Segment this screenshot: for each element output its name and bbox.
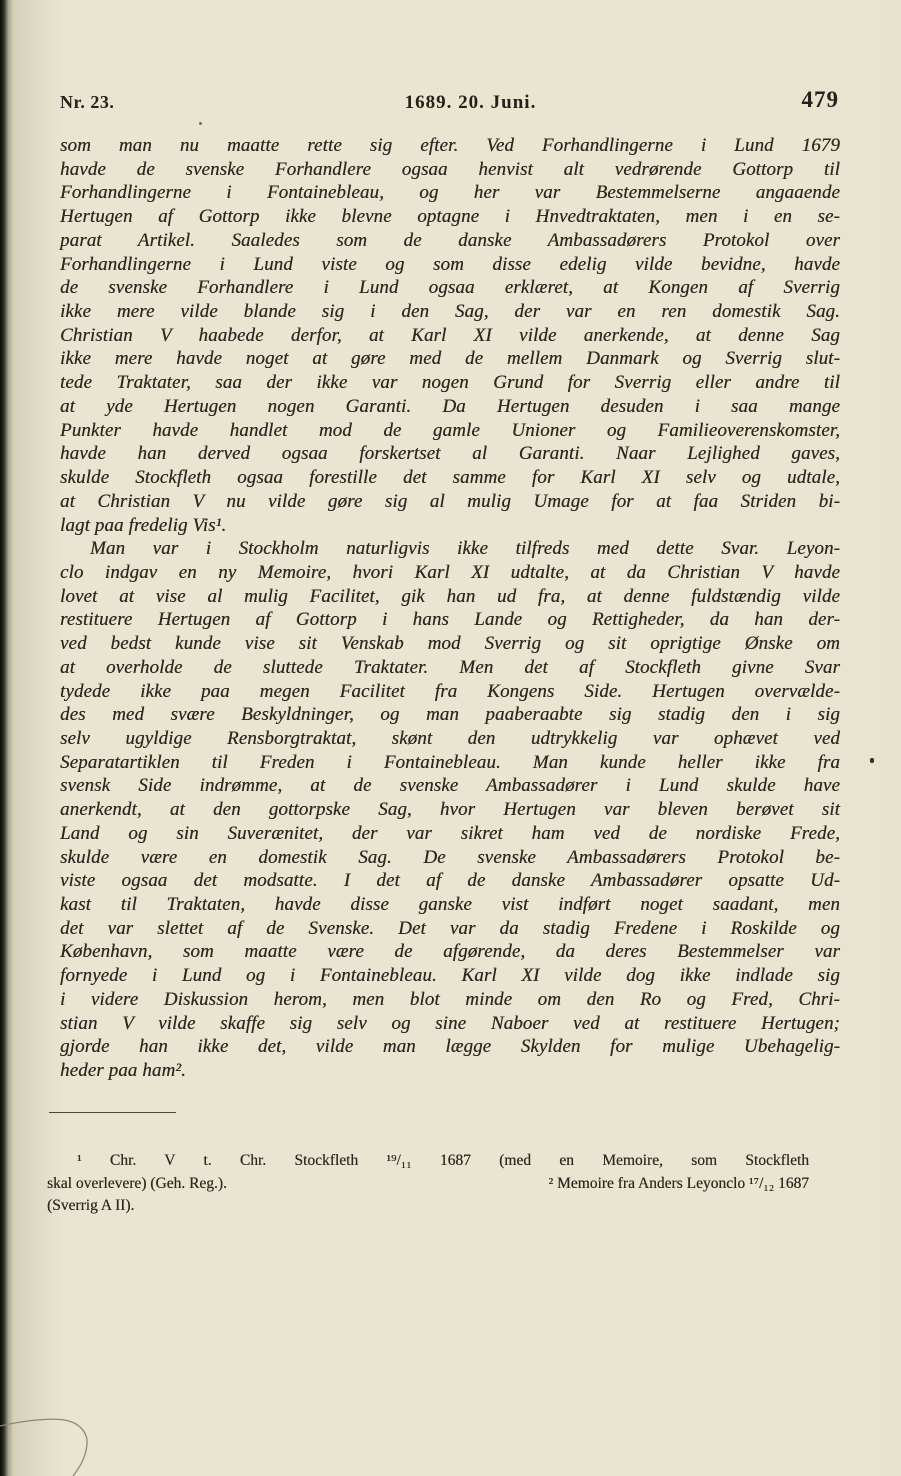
- footnote-2-line-1: ² Memoire fra Anders Leyonclo ¹⁷/₁₂ 1687: [548, 1173, 809, 1196]
- page-number: 479: [802, 87, 840, 113]
- text-line: restituere Hertugen af Gottorp i hans La…: [60, 608, 840, 632]
- text-line: svensk Side indrømme, at de svenske Amba…: [60, 774, 840, 798]
- text-line: havde de svenske Forhandlere ogsaa henvi…: [60, 158, 840, 182]
- text-line: selv ugyldige Rensborgtraktat, skønt den…: [60, 727, 840, 751]
- book-binding-edge: [0, 0, 13, 1476]
- text-line: clo indgav en ny Memoire, hvori Karl XI …: [60, 561, 840, 585]
- text-line: de svenske Forhandlere i Lund ogsaa erkl…: [60, 276, 840, 300]
- scanned-book-page: Nr. 23. 1689. 20. Juni. 479 som man nu m…: [0, 0, 901, 1476]
- text-line: Christian V haabede derfor, at Karl XI v…: [60, 324, 840, 348]
- text-line: stian V vilde skaffe sig selv og sine Na…: [60, 1012, 840, 1036]
- text-line: Land og sin Suverænitet, der var sikret …: [60, 822, 840, 846]
- text-line: parat Artikel. Saaledes som de danske Am…: [60, 229, 840, 253]
- footnote-separator: [49, 1112, 176, 1113]
- paragraph-2: Man var i Stockholm naturligvis ikke til…: [60, 537, 840, 1083]
- gutter-shadow: [10, 0, 65, 1476]
- footnote-1-line-1: ¹ Chr. V t. Chr. Stockfleth ¹⁹/₁₁ 1687 (…: [47, 1150, 809, 1173]
- text-line: som man nu maatte rette sig efter. Ved F…: [60, 134, 840, 158]
- ink-speck: [199, 122, 202, 125]
- text-line: i videre Diskussion herom, men blot mind…: [60, 988, 840, 1012]
- text-line: at Christian V nu vilde gøre sig al muli…: [60, 490, 840, 514]
- footnotes: ¹ Chr. V t. Chr. Stockfleth ¹⁹/₁₁ 1687 (…: [47, 1150, 809, 1218]
- text-line: Punkter havde handlet mod de gamle Union…: [60, 419, 840, 443]
- text-line: det var slettet af de Svenske. Det var d…: [60, 917, 840, 941]
- text-line: heder paa ham².: [60, 1059, 840, 1083]
- text-line: at yde Hertugen nogen Garanti. Da Hertug…: [60, 395, 840, 419]
- text-line: kast til Traktaten, havde disse ganske v…: [60, 893, 840, 917]
- text-line: skulde være en domestik Sag. De svenske …: [60, 846, 840, 870]
- text-line: skulde Stockfleth ogsaa forestille det s…: [60, 466, 840, 490]
- body-text: som man nu maatte rette sig efter. Ved F…: [60, 134, 840, 1083]
- text-line: tede Traktater, saa der ikke var nogen G…: [60, 371, 840, 395]
- page-curl-outline: [0, 1417, 100, 1476]
- text-line: Man var i Stockholm naturligvis ikke til…: [60, 537, 840, 561]
- page-title-date: 1689. 20. Juni.: [40, 92, 901, 114]
- text-line: Forhandlingerne i Lund viste og som diss…: [60, 253, 840, 277]
- text-line: lovet at vise al mulig Facilitet, gik ha…: [60, 585, 840, 609]
- text-line: tydede ikke paa megen Facilitet fra Kong…: [60, 680, 840, 704]
- footnote-line-2: skal overlevere) (Geh. Reg.). ² Memoire …: [47, 1173, 809, 1196]
- paragraph-1: som man nu maatte rette sig efter. Ved F…: [60, 134, 840, 537]
- footnote-1-line-2: skal overlevere) (Geh. Reg.).: [47, 1173, 227, 1196]
- text-line: Forhandlingerne i Fontainebleau, og her …: [60, 181, 840, 205]
- text-line: Separatartiklen til Freden i Fontaineble…: [60, 751, 840, 775]
- text-line: Hertugen af Gottorp ikke blevne optagne …: [60, 205, 840, 229]
- text-line: ikke mere havde noget at gøre med de mel…: [60, 347, 840, 371]
- text-line: København, som maatte være de afgørende,…: [60, 940, 840, 964]
- text-line: lagt paa fredelig Vis¹.: [60, 514, 840, 538]
- text-line: anerkendt, at den gottorpske Sag, hvor H…: [60, 798, 840, 822]
- text-line: fornyede i Lund og i Fontainebleau. Karl…: [60, 964, 840, 988]
- footnote-2-line-2: (Sverrig A II).: [47, 1195, 809, 1218]
- text-line: des med svære Beskyldninger, og man paab…: [60, 703, 840, 727]
- text-line: ved bedst kunde vise sit Venskab mod Sve…: [60, 632, 840, 656]
- text-line: viste ogsaa det modsatte. I det af de da…: [60, 869, 840, 893]
- ink-speck: [870, 758, 874, 763]
- text-line: gjorde han ikke det, vilde man lægge Sky…: [60, 1035, 840, 1059]
- text-line: ikke mere vilde blande sig i den Sag, de…: [60, 300, 840, 324]
- text-line: at overholde de sluttede Traktater. Men …: [60, 656, 840, 680]
- text-line: havde han derved ogsaa forskertset al Ga…: [60, 442, 840, 466]
